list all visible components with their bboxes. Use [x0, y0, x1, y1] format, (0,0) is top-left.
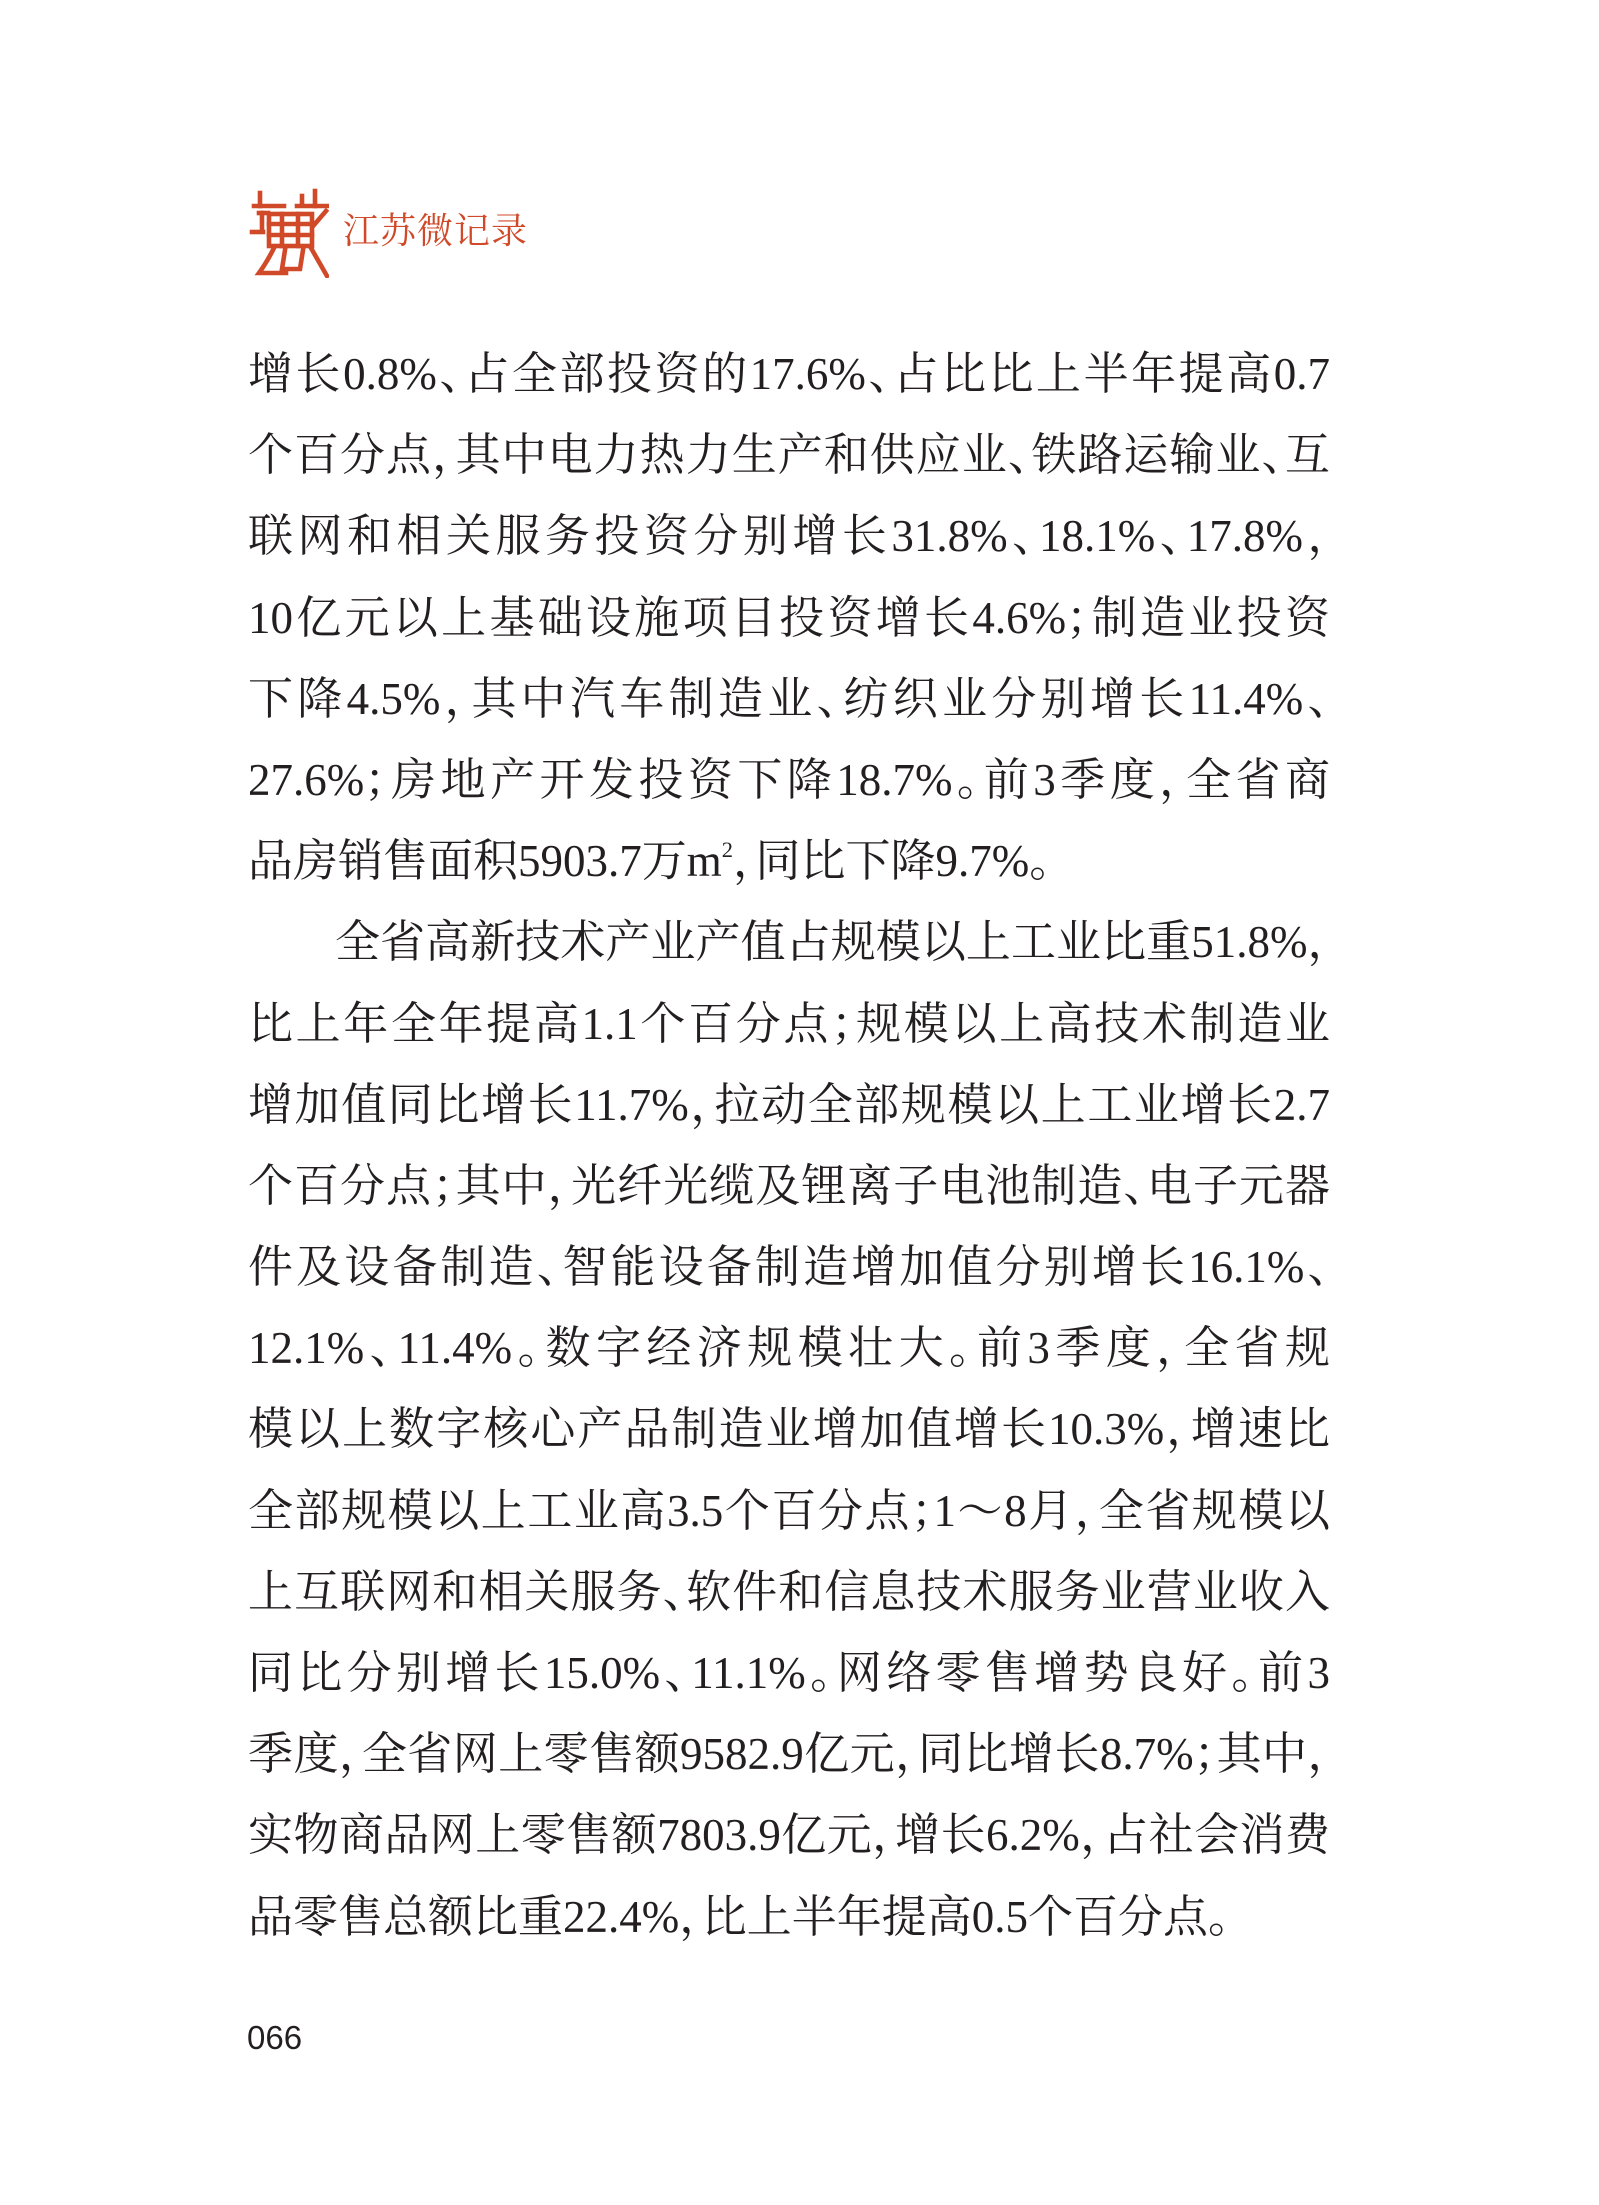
text-line: 模以上数字核心产品制造业增加值增长10.3%，增速比 — [248, 1389, 1330, 1470]
text-line: 件及设备制造、智能设备制造增加值分别增长16.1%、 — [248, 1227, 1330, 1308]
text-line: 同比分别增长15.0%、11.1%。网络零售增势良好。前3 — [248, 1633, 1330, 1714]
text-line: 全部规模以上工业高3.5个百分点；1～8月，全省规模以 — [248, 1471, 1330, 1552]
text-line: 季度，全省网上零售额9582.9亿元，同比增长8.7%；其中， — [248, 1714, 1330, 1795]
text-line: 全省高新技术产业产值占规模以上工业比重51.8%， — [248, 902, 1330, 983]
text-segment: ，同比下降9.7%。 — [733, 836, 1052, 886]
text-line: 下降4.5%，其中汽车制造业、纺织业分别增长11.4%、 — [248, 659, 1330, 740]
text-line: 12.1%、11.4%。数字经济规模壮大。前3季度，全省规 — [248, 1308, 1330, 1389]
text-line: 上互联网和相关服务、软件和信息技术服务业营业收入 — [248, 1552, 1330, 1633]
page-number: 066 — [247, 2018, 302, 2058]
text-line: 增长0.8%、占全部投资的17.6%、占比比上半年提高0.7 — [248, 334, 1330, 415]
paragraph-2: 全省高新技术产业产值占规模以上工业比重51.8%， 比上年全年提高1.1个百分点… — [248, 902, 1330, 1957]
text-line: 品零售总额比重22.4%，比上半年提高0.5个百分点。 — [248, 1877, 1330, 1958]
text-line: 实物商品网上零售额7803.9亿元，增长6.2%，占社会消费 — [248, 1795, 1330, 1876]
text-line: 品房销售面积5903.7万m2，同比下降9.7%。 — [248, 821, 1330, 902]
text-segment: 品房销售面积5903.7万m — [248, 836, 722, 886]
body-text: 增长0.8%、占全部投资的17.6%、占比比上半年提高0.7 个百分点，其中电力… — [248, 334, 1330, 1958]
paragraph-1: 增长0.8%、占全部投资的17.6%、占比比上半年提高0.7 个百分点，其中电力… — [248, 334, 1330, 902]
text-line: 增加值同比增长11.7%，拉动全部规模以上工业增长2.7 — [248, 1065, 1330, 1146]
text-line: 联网和相关服务投资分别增长31.8%、18.1%、17.8%， — [248, 496, 1330, 577]
seal-logo-icon — [247, 188, 329, 278]
text-line: 27.6%；房地产开发投资下降18.7%。前3季度，全省商 — [248, 740, 1330, 821]
brand-name: 江苏微记录 — [343, 208, 528, 256]
text-line: 比上年全年提高1.1个百分点；规模以上高技术制造业 — [248, 984, 1330, 1065]
book-page: 江苏微记录 增长0.8%、占全部投资的17.6%、占比比上半年提高0.7 个百分… — [0, 0, 1599, 2205]
text-line: 10亿元以上基础设施项目投资增长4.6%；制造业投资 — [248, 578, 1330, 659]
superscript: 2 — [722, 837, 733, 862]
text-line: 个百分点；其中，光纤光缆及锂离子电池制造、电子元器 — [248, 1146, 1330, 1227]
text-line: 个百分点，其中电力热力生产和供应业、铁路运输业、互 — [248, 415, 1330, 496]
